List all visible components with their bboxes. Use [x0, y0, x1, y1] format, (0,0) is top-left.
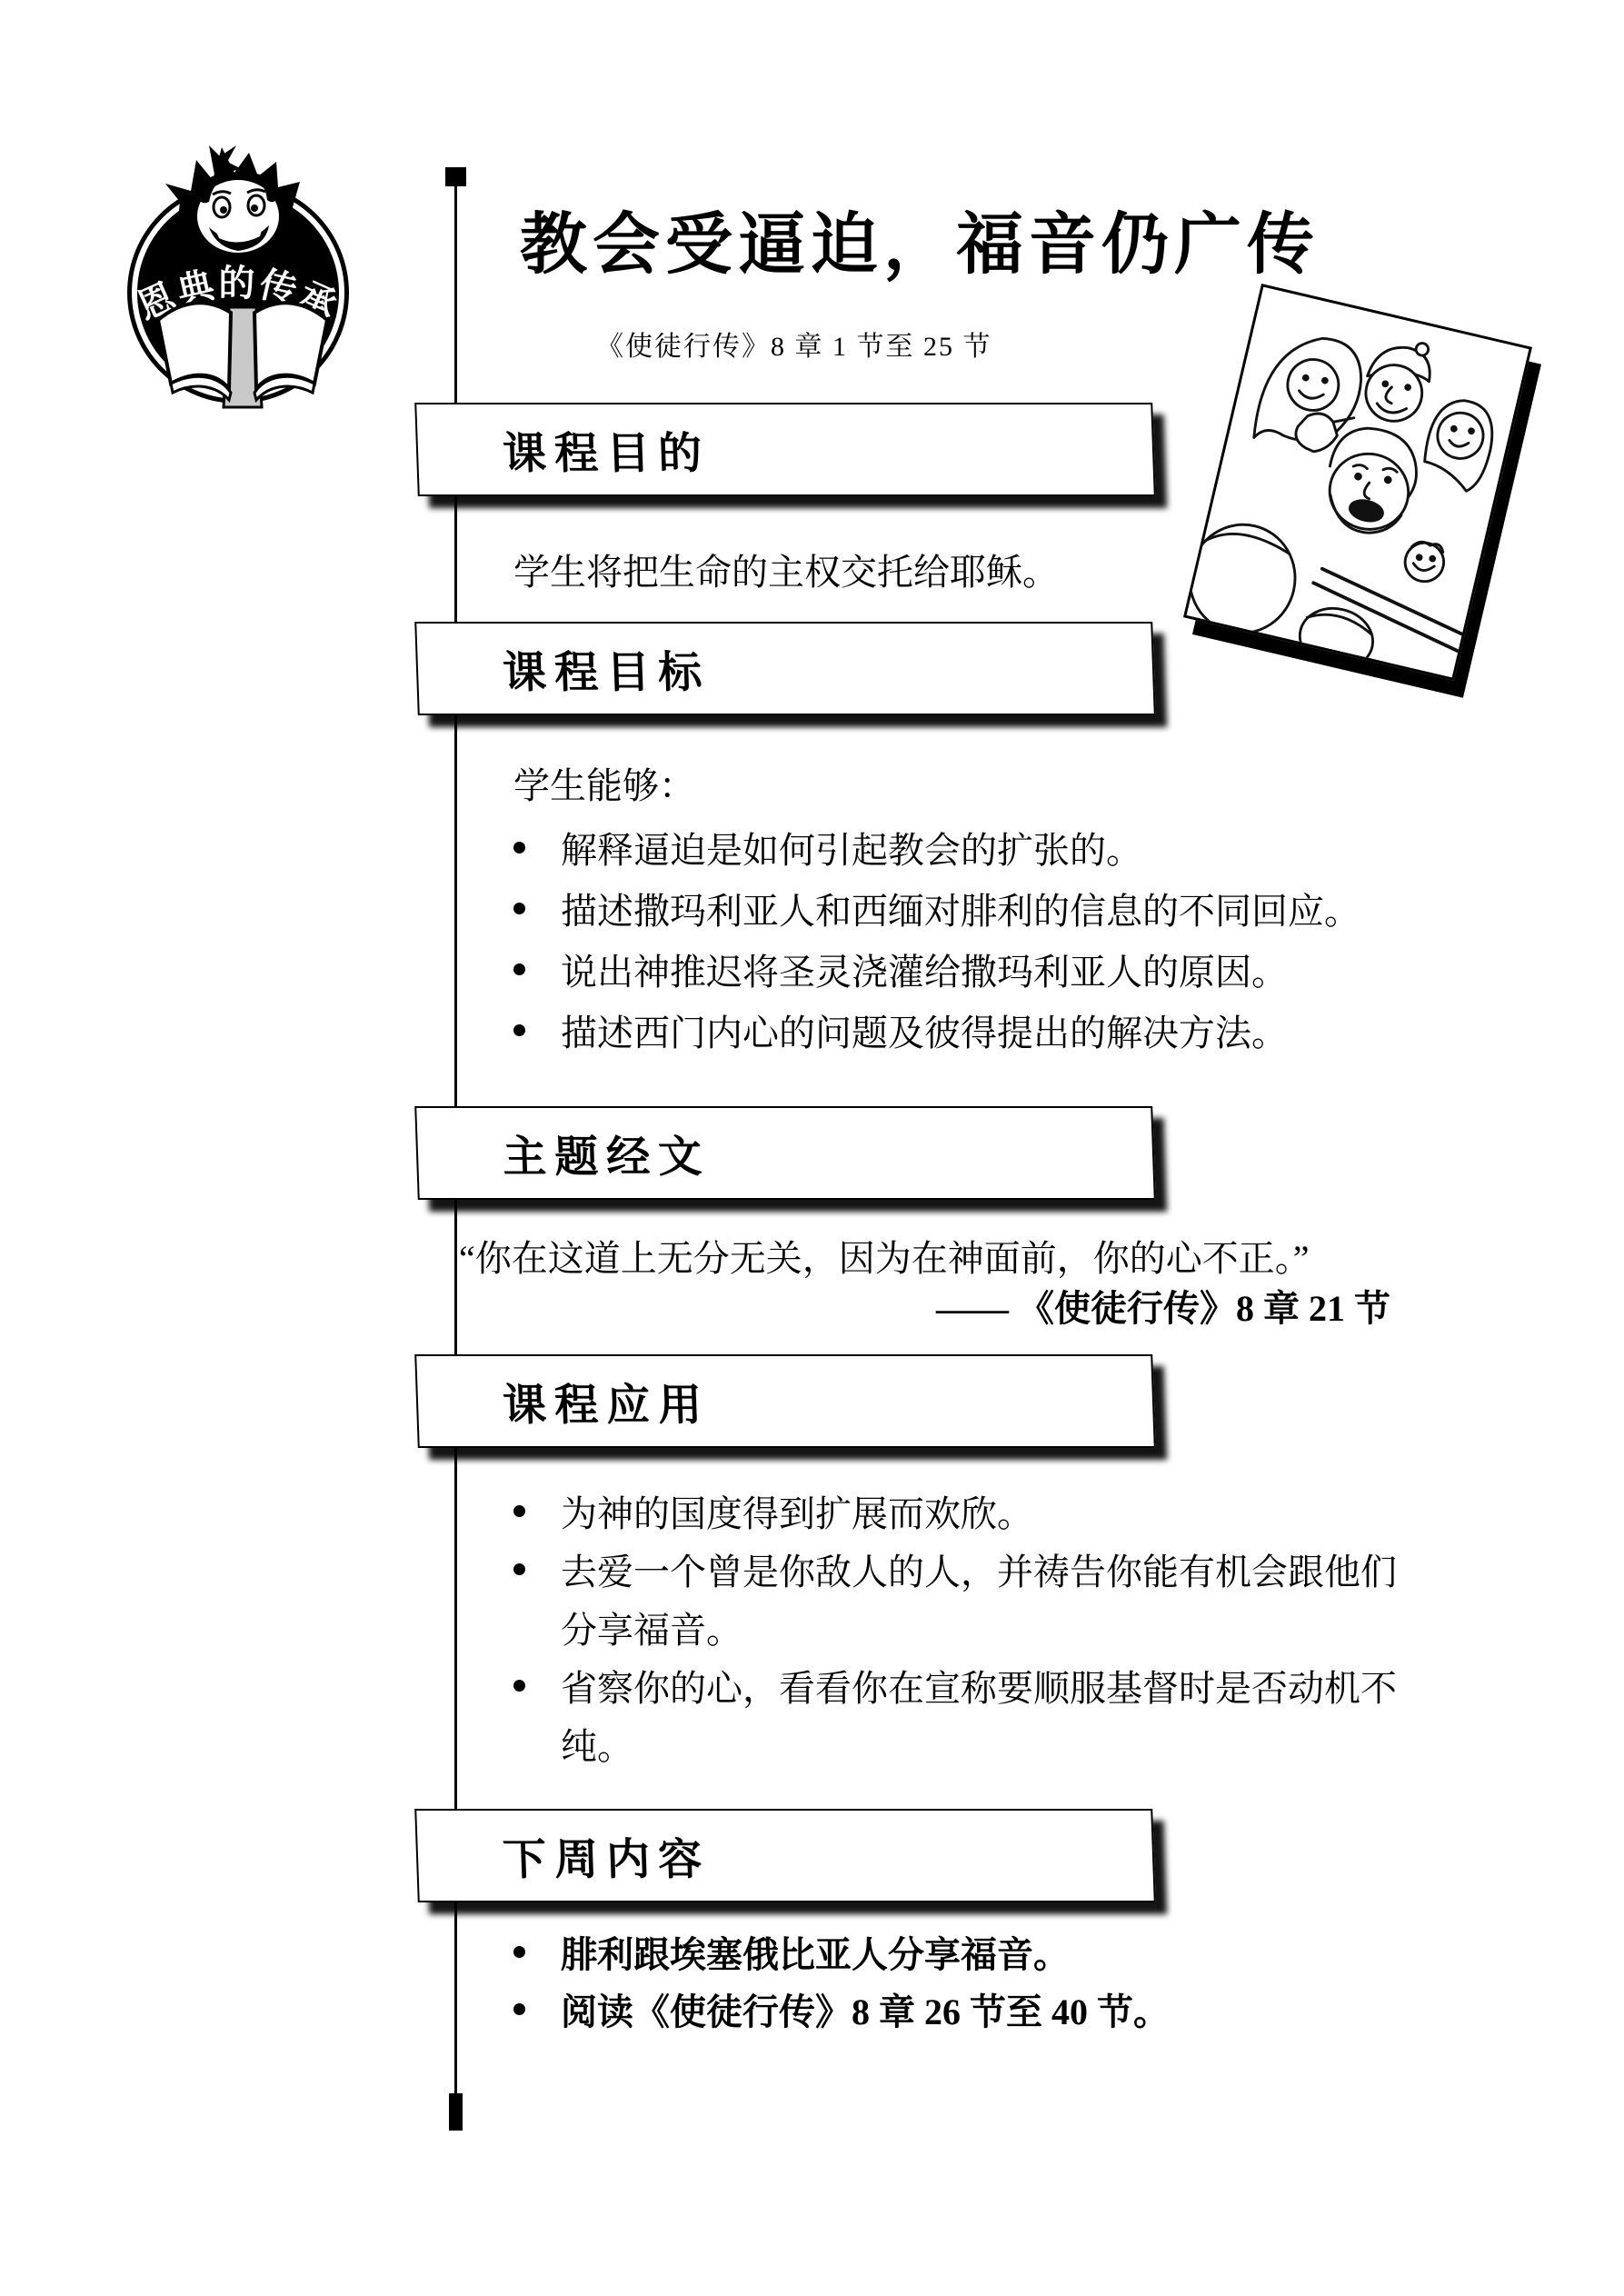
list-item: 描述撒玛利亚人和西缅对腓利的信息的不同回应。 — [513, 878, 1360, 939]
list-item: 说出神推迟将圣灵浇灌给撒玛利亚人的原因。 — [513, 939, 1360, 1000]
open-book-icon — [158, 303, 327, 407]
section-heading: 课程目标 — [502, 637, 711, 700]
timeline-bottom-square — [449, 2093, 463, 2131]
list-item-text: 分享福音。 — [561, 1602, 742, 1653]
list-item-text: 描述撒玛利亚人和西缅对腓利的信息的不同回应。 — [561, 883, 1360, 934]
section-header-next-week: 下周内容 — [414, 1809, 1156, 1902]
list-item-text: 为神的国度得到扩展而欢欣。 — [561, 1485, 1033, 1537]
list-item: 省察你的心，看看你在宣称要顺服基督时是否动机不 — [513, 1656, 1397, 1714]
objectives-list: 解释逼迫是如何引起教会的扩张的。 描述撒玛利亚人和西缅对腓利的信息的不同回应。 … — [513, 817, 1360, 1061]
objectives-intro: 学生能够： — [513, 757, 695, 809]
application-list: 为神的国度得到扩展而欢欣。 去爱一个曾是你敌人的人，并祷告你能有机会跟他们 分享… — [513, 1482, 1397, 1772]
list-item-text: 去爱一个曾是你敌人的人，并祷告你能有机会跟他们 — [561, 1543, 1397, 1595]
list-item-text: 腓利跟埃塞俄比亚人分享福音。 — [561, 1926, 1070, 1978]
next-week-list: 腓利跟埃塞俄比亚人分享福音。 阅读《使徒行传》8 章 26 节至 40 节。 — [513, 1923, 1170, 2038]
section-header-scripture: 主题经文 — [414, 1106, 1156, 1200]
page-title: 教会受逼迫，福音仍广传 — [520, 191, 1320, 287]
section-heading: 课程应用 — [502, 1370, 711, 1433]
list-item: 阅读《使徒行传》8 章 26 节至 40 节。 — [513, 1981, 1170, 2038]
section-header-objectives: 课程目标 — [414, 622, 1156, 715]
bullet-dot-icon — [513, 1680, 525, 1692]
list-item: 为神的国度得到扩展而欢欣。 — [513, 1482, 1397, 1540]
section-header-application: 课程应用 — [414, 1354, 1156, 1448]
bullet-dot-icon — [513, 1563, 525, 1575]
bullet-dot-icon — [513, 842, 525, 854]
grace-heritage-logo: 恩典的传承 — [122, 142, 356, 414]
list-item: 解释逼迫是如何引起教会的扩张的。 — [513, 817, 1360, 878]
list-item-text: 阅读《使徒行传》8 章 26 节至 40 节。 — [561, 1983, 1170, 2035]
bullet-dot-icon — [513, 1024, 525, 1036]
list-item-continuation: 分享福音。 — [513, 1598, 1397, 1656]
boy-face-icon — [165, 145, 304, 255]
list-item-text: 解释逼迫是如何引起教会的扩张的。 — [561, 822, 1142, 873]
list-item-text: 省察你的心，看看你在宣称要顺服基督时是否动机不 — [561, 1660, 1397, 1712]
section-heading: 主题经文 — [502, 1122, 711, 1184]
verse-attribution: —— 《使徒行传》8 章 21 节 — [936, 1280, 1390, 1332]
scripture-reference-subtitle: 《使徒行传》8 章 1 节至 25 节 — [596, 324, 992, 364]
section-heading: 下周内容 — [502, 1824, 711, 1887]
bullet-dot-icon — [513, 1505, 525, 1517]
list-item: 描述西门内心的问题及彼得提出的解决方法。 — [513, 1000, 1360, 1061]
lesson-handout-page: { "logo": { "label": "恩典的传承" }, "header"… — [0, 0, 1624, 2296]
list-item: 腓利跟埃塞俄比亚人分享福音。 — [513, 1923, 1170, 1981]
section-header-purpose: 课程目的 — [414, 403, 1156, 496]
bullet-dot-icon — [513, 903, 525, 914]
crowd-illustration — [1183, 284, 1532, 681]
bullet-dot-icon — [513, 2003, 525, 2015]
list-item: 去爱一个曾是你敌人的人，并祷告你能有机会跟他们 — [513, 1540, 1397, 1598]
theme-verse-quote: “你在这道上无分无关，因为在神面前，你的心不正。” — [459, 1230, 1310, 1282]
list-item-text: 描述西门内心的问题及彼得提出的解决方法。 — [561, 1004, 1288, 1056]
purpose-statement: 学生将把生命的主权交托给耶稣。 — [513, 544, 1059, 595]
list-item-continuation: 纯。 — [513, 1714, 1397, 1772]
section-heading: 课程目的 — [502, 418, 711, 481]
list-item-text: 纯。 — [561, 1718, 633, 1770]
bullet-dot-icon — [513, 1946, 525, 1958]
bullet-dot-icon — [513, 963, 525, 975]
list-item-text: 说出神推迟将圣灵浇灌给撒玛利亚人的原因。 — [561, 943, 1288, 995]
